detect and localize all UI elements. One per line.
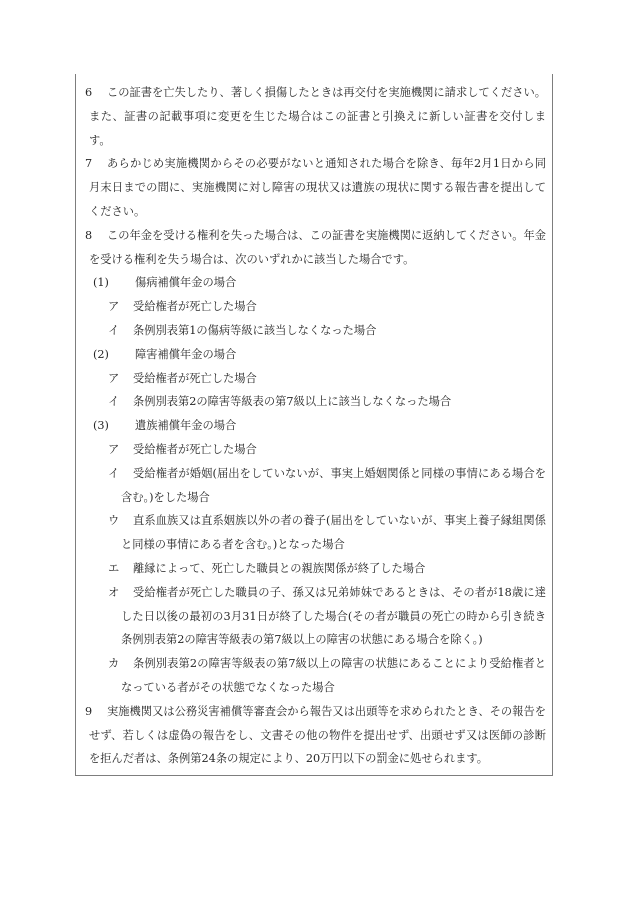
item-marker: 8: [85, 224, 92, 248]
item-marker: エ: [108, 557, 119, 581]
item-marker: (2): [93, 343, 109, 367]
document-page: 6この証書を亡失したり、著しく損傷したときは再交付を実施機関に請求してください。…: [0, 0, 630, 903]
list-item: ア受給権者が死亡した場合: [85, 295, 546, 319]
list-item: ア受給権者が死亡した場合: [85, 438, 546, 462]
item-marker: カ: [108, 652, 119, 676]
item-text: 直系血族又は直系姻族以外の者の養子(届出をしていないが、事実上養子縁組関係と同様…: [121, 514, 546, 551]
item-text: 受給権者が死亡した職員の子、孫又は兄弟姉妹であるときは、その者が18歳に達した日…: [121, 586, 546, 647]
item-text: 受給権者が婚姻(届出をしていないが、事実上婚姻関係と同様の事情にある場合を含む。…: [121, 467, 546, 504]
item-text: 受給権者が死亡した場合: [133, 443, 257, 456]
item-text: 受給権者が死亡した場合: [133, 372, 257, 385]
item-marker: ア: [108, 295, 119, 319]
list-item: 8この年金を受ける権利を失った場合は、この証書を実施機関に返納してください。年金…: [85, 224, 546, 272]
list-item: ア受給権者が死亡した場合: [85, 367, 546, 391]
item-text: 障害補償年金の場合: [135, 348, 236, 361]
item-marker: ウ: [108, 509, 119, 533]
item-marker: 7: [85, 152, 92, 176]
item-marker: イ: [108, 390, 119, 414]
list-item: (2)障害補償年金の場合: [85, 343, 546, 367]
item-marker: オ: [108, 581, 119, 605]
item-marker: 9: [85, 700, 92, 724]
item-text: 遺族補償年金の場合: [135, 419, 236, 432]
notice-box: 6この証書を亡失したり、著しく損傷したときは再交付を実施機関に請求してください。…: [75, 74, 553, 776]
list-item: 6この証書を亡失したり、著しく損傷したときは再交付を実施機関に請求してください。…: [85, 81, 546, 152]
item-text: 離縁によって、死亡した職員との親族関係が終了した場合: [133, 562, 425, 575]
item-text: あらかじめ実施機関からその必要がないと通知された場合を除き、毎年2月1日から同月…: [89, 157, 546, 218]
item-text: 条例別表第2の障害等級表の第7級以上に該当しなくなった場合: [133, 395, 451, 408]
list-item: イ条例別表第1の傷病等級に該当しなくなった場合: [85, 319, 546, 343]
item-text: この証書を亡失したり、著しく損傷したときは再交付を実施機関に請求してください。ま…: [89, 86, 546, 147]
list-item: オ受給権者が死亡した職員の子、孫又は兄弟姉妹であるときは、その者が18歳に達した…: [85, 581, 546, 652]
item-marker: (1): [93, 271, 109, 295]
list-item: カ条例別表第2の障害等級表の第7級以上の障害の状態にあることにより受給権者となっ…: [85, 652, 546, 700]
item-marker: イ: [108, 462, 119, 486]
item-marker: イ: [108, 319, 119, 343]
list-item: イ受給権者が婚姻(届出をしていないが、事実上婚姻関係と同様の事情にある場合を含む…: [85, 462, 546, 510]
list-item: ウ直系血族又は直系姻族以外の者の養子(届出をしていないが、事実上養子縁組関係と同…: [85, 509, 546, 557]
item-marker: ア: [108, 438, 119, 462]
item-marker: ア: [108, 367, 119, 391]
item-text: 条例別表第1の傷病等級に該当しなくなった場合: [133, 324, 376, 337]
item-marker: 6: [85, 81, 92, 105]
item-marker: (3): [93, 414, 109, 438]
item-text: 実施機関又は公務災害補償等審査会から報告又は出頭等を求められたとき、その報告をせ…: [89, 705, 546, 766]
list-item: (3)遺族補償年金の場合: [85, 414, 546, 438]
item-text: この年金を受ける権利を失った場合は、この証書を実施機関に返納してください。年金を…: [89, 229, 546, 266]
notice-list: 6この証書を亡失したり、著しく損傷したときは再交付を実施機関に請求してください。…: [85, 81, 546, 771]
list-item: イ条例別表第2の障害等級表の第7級以上に該当しなくなった場合: [85, 390, 546, 414]
item-text: 受給権者が死亡した場合: [133, 300, 257, 313]
list-item: (1)傷病補償年金の場合: [85, 271, 546, 295]
item-text: 傷病補償年金の場合: [135, 276, 236, 289]
item-text: 条例別表第2の障害等級表の第7級以上の障害の状態にあることにより受給権者となって…: [121, 657, 546, 694]
list-item: エ離縁によって、死亡した職員との親族関係が終了した場合: [85, 557, 546, 581]
list-item: 9実施機関又は公務災害補償等審査会から報告又は出頭等を求められたとき、その報告を…: [85, 700, 546, 771]
list-item: 7あらかじめ実施機関からその必要がないと通知された場合を除き、毎年2月1日から同…: [85, 152, 546, 223]
